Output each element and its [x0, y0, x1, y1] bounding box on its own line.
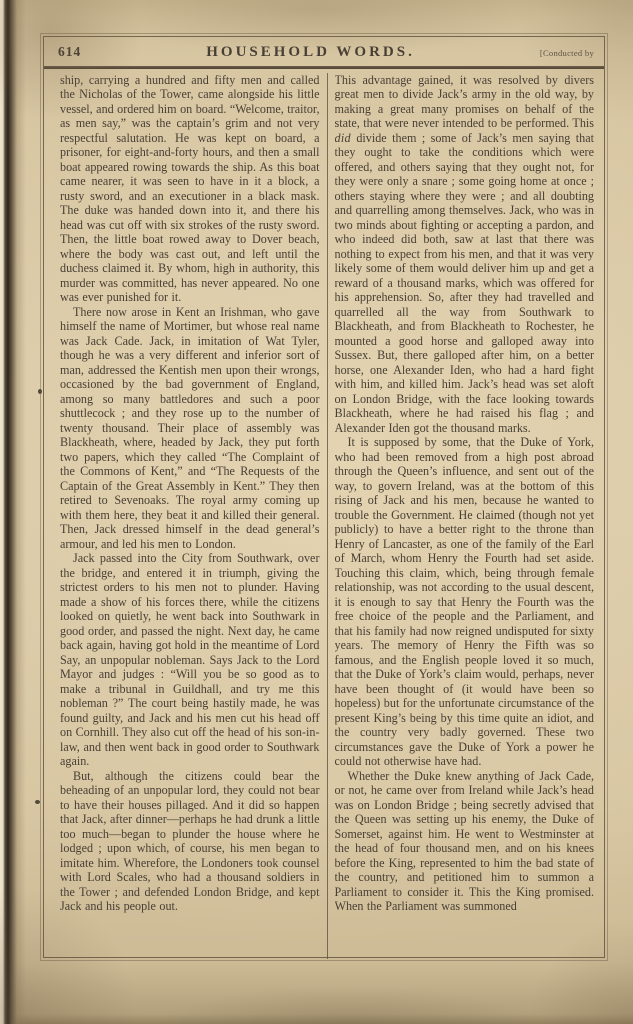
left-column: ship, carrying a hundred and fifty men a… — [60, 73, 320, 959]
ink-speck — [38, 389, 42, 394]
conducted-by-note: [Conducted by — [540, 48, 594, 58]
paragraph: Jack passed into the City from Southwark… — [60, 551, 320, 769]
paragraph: There now arose in Kent an Irishman, who… — [60, 305, 320, 552]
right-column: This advantage gained, it was resolved b… — [335, 73, 595, 959]
printed-frame: 614 HOUSEHOLD WORDS. [Conducted by ship,… — [43, 36, 605, 958]
scanned-page: 614 HOUSEHOLD WORDS. [Conducted by ship,… — [0, 0, 633, 1024]
column-divider-rule — [327, 73, 328, 959]
page-title: HOUSEHOLD WORDS. — [206, 44, 415, 61]
book-binding-edge — [0, 0, 26, 1024]
paragraph: But, although the citizens could bear th… — [60, 769, 320, 914]
ink-speck — [35, 800, 40, 804]
paragraph: Whether the Duke knew anything of Jack C… — [335, 769, 595, 914]
paragraph: It is supposed by some, that the Duke of… — [335, 435, 595, 769]
page-number: 614 — [58, 44, 81, 60]
text-body: ship, carrying a hundred and fifty men a… — [44, 69, 604, 959]
page-header: 614 HOUSEHOLD WORDS. [Conducted by — [44, 37, 604, 65]
paragraph: This advantage gained, it was resolved b… — [335, 73, 595, 436]
paragraph: ship, carrying a hundred and fifty men a… — [60, 73, 320, 305]
